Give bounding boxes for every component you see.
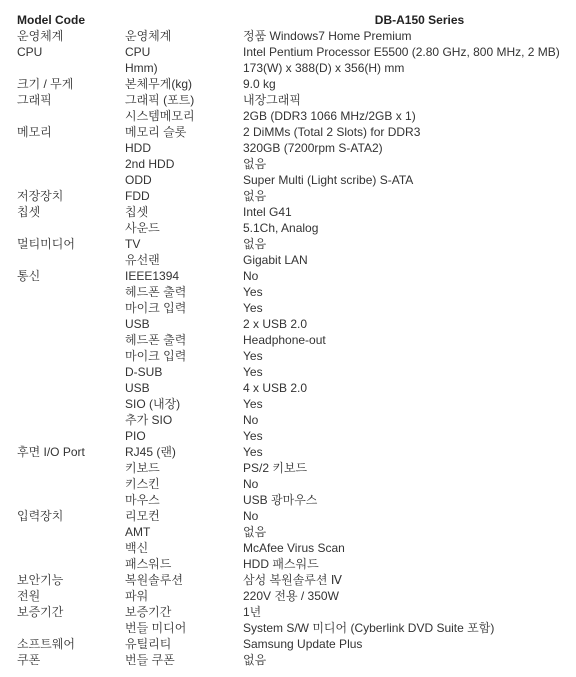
value-cell: Samsung Update Plus [243,636,576,652]
label-cell: AMT [125,524,243,540]
value-cell: Intel Pentium Processor E5500 (2.80 GHz,… [243,44,576,60]
spec-row: 키스킨 No [17,476,576,492]
label-cell: 헤드폰 출력 [125,332,243,348]
value-cell: 없음 [243,524,576,540]
category-cell [17,300,125,316]
value-cell: 삼성 복원솔루션 Ⅳ [243,572,576,588]
label-cell: 유틸리티 [125,636,243,652]
spec-row: 마이크 입력 Yes [17,300,576,316]
spec-row: 쿠폰 번들 쿠폰 없음 [17,652,576,668]
category-cell: 그래픽 [17,92,125,108]
value-cell: Super Multi (Light scribe) S-ATA [243,172,576,188]
value-cell: Yes [243,284,576,300]
label-cell: RJ45 (랜) [125,444,243,460]
category-cell [17,316,125,332]
value-cell: 220V 전용 / 350W [243,588,576,604]
label-cell: USB [125,316,243,332]
label-cell: 사운드 [125,220,243,236]
label-cell: 패스워드 [125,556,243,572]
spec-row: 전원 파워 220V 전용 / 350W [17,588,576,604]
spec-row: 패스워드 HDD 패스워드 [17,556,576,572]
value-cell: PS/2 키보드 [243,460,576,476]
category-cell [17,396,125,412]
spec-row: 칩셋 칩셋 Intel G41 [17,204,576,220]
category-cell [17,412,125,428]
spec-row: 헤드폰 출력 Yes [17,284,576,300]
category-cell [17,140,125,156]
label-cell: 칩셋 [125,204,243,220]
category-cell [17,348,125,364]
spec-row: 멀티미디어 TV 없음 [17,236,576,252]
spec-row: 후면 I/O Port RJ45 (랜) Yes [17,444,576,460]
category-cell: 후면 I/O Port [17,444,125,460]
label-cell: 번들 미디어 [125,620,243,636]
category-cell: 저장장치 [17,188,125,204]
category-cell [17,172,125,188]
category-cell: 보증기간 [17,604,125,620]
label-cell: 본체무게(kg) [125,76,243,92]
spec-row: 보안기능 복원솔루션 삼성 복원솔루션 Ⅳ [17,572,576,588]
spec-row: 유선랜 Gigabit LAN [17,252,576,268]
label-cell: USB [125,380,243,396]
series-name: DB-A150 Series [243,12,576,28]
spec-row: 입력장치 리모컨 No [17,508,576,524]
spec-row: 시스템메모리 2GB (DDR3 1066 MHz/2GB x 1) [17,108,576,124]
label-cell: PIO [125,428,243,444]
spec-row: 백신 McAfee Virus Scan [17,540,576,556]
category-cell [17,556,125,572]
spec-row: 보증기간 보증기간 1년 [17,604,576,620]
category-cell: 칩셋 [17,204,125,220]
value-cell: No [243,476,576,492]
spec-sheet: Model Code DB-A150 Series 운영체계 운영체계 정품 W… [0,0,576,668]
spec-row: 마우스 USB 광마우스 [17,492,576,508]
label-cell: 그래픽 (포트) [125,92,243,108]
category-cell [17,492,125,508]
category-cell [17,476,125,492]
label-cell: TV [125,236,243,252]
label-cell: 메모리 슬롯 [125,124,243,140]
category-cell: 입력장치 [17,508,125,524]
category-cell [17,364,125,380]
value-cell: Intel G41 [243,204,576,220]
spec-row: USB 4 x USB 2.0 [17,380,576,396]
label-cell: CPU [125,44,243,60]
value-cell: System S/W 미디어 (Cyberlink DVD Suite 포함) [243,620,576,636]
category-cell: 운영체계 [17,28,125,44]
label-cell: 백신 [125,540,243,556]
value-cell: 정품 Windows7 Home Premium [243,28,576,44]
value-cell: 4 x USB 2.0 [243,380,576,396]
spec-row: SIO (내장) Yes [17,396,576,412]
label-cell: 추가 SIO [125,412,243,428]
label-cell: 복원솔루션 [125,572,243,588]
label-cell: 마이크 입력 [125,348,243,364]
spec-row: 헤드폰 출력 Headphone-out [17,332,576,348]
value-cell: 없음 [243,652,576,668]
category-cell [17,524,125,540]
spec-row: 소프트웨어 유틸리티 Samsung Update Plus [17,636,576,652]
value-cell: Gigabit LAN [243,252,576,268]
category-cell [17,540,125,556]
label-cell: 헤드폰 출력 [125,284,243,300]
category-cell: 보안기능 [17,572,125,588]
spec-header-row: Model Code DB-A150 Series [17,12,576,28]
label-cell: FDD [125,188,243,204]
label-cell: 운영체계 [125,28,243,44]
category-cell [17,460,125,476]
spec-row: ODD Super Multi (Light scribe) S-ATA [17,172,576,188]
model-code-label: Model Code [17,12,125,28]
value-cell: 2GB (DDR3 1066 MHz/2GB x 1) [243,108,576,124]
category-cell: 크기 / 무게 [17,76,125,92]
category-cell: 멀티미디어 [17,236,125,252]
value-cell: Yes [243,444,576,460]
spec-row: 그래픽 그래픽 (포트) 내장그래픽 [17,92,576,108]
label-cell: 파워 [125,588,243,604]
label-cell: 리모컨 [125,508,243,524]
category-cell: 메모리 [17,124,125,140]
value-cell: 320GB (7200rpm S-ATA2) [243,140,576,156]
label-cell: Hmm) [125,60,243,76]
label-cell: 마우스 [125,492,243,508]
header-spacer [125,12,243,28]
spec-row: USB 2 x USB 2.0 [17,316,576,332]
label-cell: 마이크 입력 [125,300,243,316]
label-cell: 2nd HDD [125,156,243,172]
spec-row: 추가 SIO No [17,412,576,428]
category-cell: 통신 [17,268,125,284]
spec-row: 마이크 입력 Yes [17,348,576,364]
value-cell: McAfee Virus Scan [243,540,576,556]
value-cell: 없음 [243,188,576,204]
value-cell: HDD 패스워드 [243,556,576,572]
label-cell: 키스킨 [125,476,243,492]
label-cell: 시스템메모리 [125,108,243,124]
category-cell: 전원 [17,588,125,604]
category-cell [17,284,125,300]
category-cell [17,156,125,172]
value-cell: Yes [243,428,576,444]
value-cell: 5.1Ch, Analog [243,220,576,236]
spec-row: AMT 없음 [17,524,576,540]
category-cell: CPU [17,44,125,60]
spec-row: Hmm) 173(W) x 388(D) x 356(H) mm [17,60,576,76]
spec-row: 2nd HDD 없음 [17,156,576,172]
label-cell: 보증기간 [125,604,243,620]
spec-row: HDD 320GB (7200rpm S-ATA2) [17,140,576,156]
category-cell [17,108,125,124]
category-cell [17,620,125,636]
label-cell: HDD [125,140,243,156]
spec-row: 운영체계 운영체계 정품 Windows7 Home Premium [17,28,576,44]
label-cell: ODD [125,172,243,188]
value-cell: USB 광마우스 [243,492,576,508]
category-cell [17,428,125,444]
label-cell: IEEE1394 [125,268,243,284]
category-cell: 소프트웨어 [17,636,125,652]
value-cell: 9.0 kg [243,76,576,92]
label-cell: 번들 쿠폰 [125,652,243,668]
value-cell: 1년 [243,604,576,620]
value-cell: 173(W) x 388(D) x 356(H) mm [243,60,576,76]
spec-row: 통신 IEEE1394 No [17,268,576,284]
category-cell [17,332,125,348]
spec-row: 크기 / 무게 본체무게(kg) 9.0 kg [17,76,576,92]
value-cell: No [243,508,576,524]
value-cell: Yes [243,396,576,412]
spec-rows: 운영체계 운영체계 정품 Windows7 Home Premium CPU C… [17,28,576,668]
spec-row: 저장장치 FDD 없음 [17,188,576,204]
spec-row: PIO Yes [17,428,576,444]
spec-row: 번들 미디어 System S/W 미디어 (Cyberlink DVD Sui… [17,620,576,636]
label-cell: D-SUB [125,364,243,380]
label-cell: SIO (내장) [125,396,243,412]
spec-row: 메모리 메모리 슬롯 2 DiMMs (Total 2 Slots) for D… [17,124,576,140]
spec-row: 사운드 5.1Ch, Analog [17,220,576,236]
value-cell: Headphone-out [243,332,576,348]
value-cell: Yes [243,300,576,316]
value-cell: No [243,268,576,284]
category-cell [17,252,125,268]
value-cell: 내장그래픽 [243,92,576,108]
spec-row: 키보드 PS/2 키보드 [17,460,576,476]
value-cell: 2 x USB 2.0 [243,316,576,332]
spec-row: CPU CPU Intel Pentium Processor E5500 (2… [17,44,576,60]
value-cell: Yes [243,364,576,380]
value-cell: 없음 [243,156,576,172]
category-cell [17,220,125,236]
value-cell: 2 DiMMs (Total 2 Slots) for DDR3 [243,124,576,140]
value-cell: No [243,412,576,428]
label-cell: 유선랜 [125,252,243,268]
spec-row: D-SUB Yes [17,364,576,380]
value-cell: Yes [243,348,576,364]
category-cell [17,60,125,76]
category-cell [17,380,125,396]
label-cell: 키보드 [125,460,243,476]
value-cell: 없음 [243,236,576,252]
category-cell: 쿠폰 [17,652,125,668]
